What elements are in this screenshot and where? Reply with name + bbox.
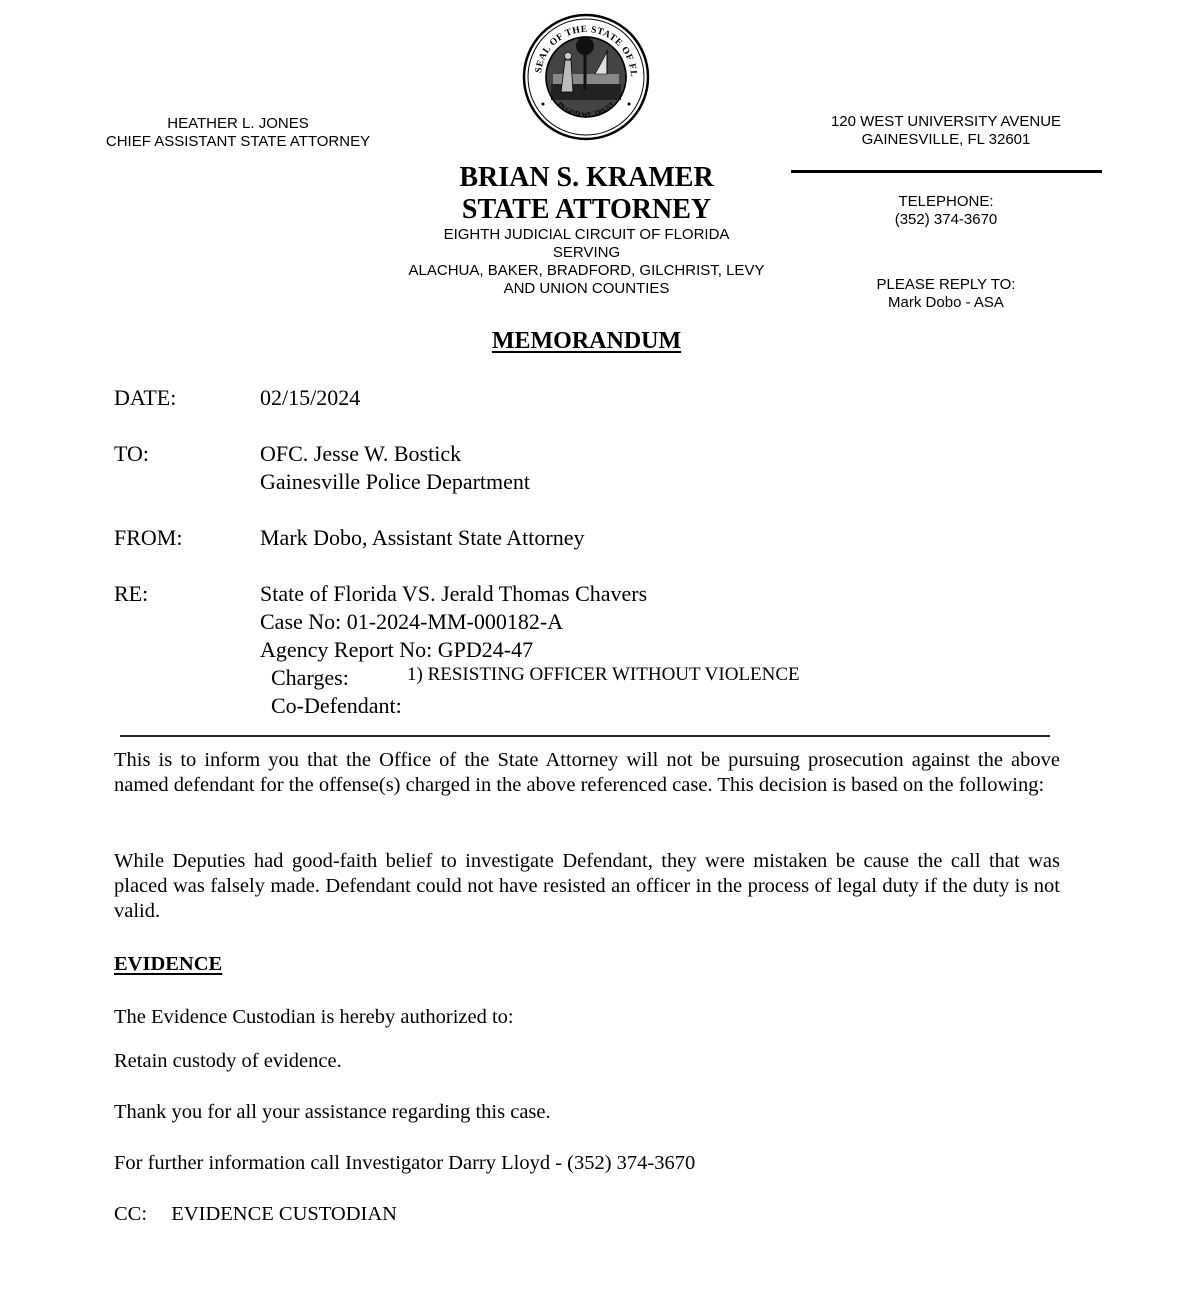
telephone-number: (352) 374-3670	[792, 211, 1100, 229]
disposition-paragraph: This is to inform you that the Office of…	[114, 748, 1060, 798]
evidence-action: Retain custody of evidence.	[114, 1049, 342, 1074]
case-number: Case No: 01-2024-MM-000182-A	[260, 608, 563, 636]
telephone-label: TELEPHONE:	[792, 193, 1100, 211]
circuit-name: EIGHTH JUDICIAL CIRCUIT OF FLORIDA	[380, 226, 793, 244]
from-label: FROM:	[114, 524, 182, 552]
counties-line-2: AND UNION COUNTIES	[380, 280, 793, 298]
counties-line-1: ALACHUA, BAKER, BRADFORD, GILCHRIST, LEV…	[380, 262, 793, 280]
reply-to-block: PLEASE REPLY TO: Mark Dobo - ASA	[792, 276, 1100, 312]
re-case-title: State of Florida VS. Jerald Thomas Chave…	[260, 580, 647, 608]
reply-to-label: PLEASE REPLY TO:	[792, 276, 1100, 294]
date-label: DATE:	[114, 384, 176, 412]
state-attorney-title: STATE ATTORNEY	[380, 194, 793, 226]
chief-assistant-name: HEATHER L. JONES	[80, 115, 396, 133]
cc-label: CC:	[114, 1203, 147, 1225]
charges-label: Charges:	[271, 664, 349, 692]
serving-label: SERVING	[380, 244, 793, 262]
reply-to-name: Mark Dobo - ASA	[792, 294, 1100, 312]
cc-line: CC: EVIDENCE CUSTODIAN	[114, 1202, 397, 1227]
agency-report-number: Agency Report No: GPD24-47	[260, 636, 533, 664]
to-recipient: OFC. Jesse W. Bostick	[260, 440, 461, 468]
address-line-2: GAINESVILLE, FL 32601	[792, 131, 1100, 149]
chief-assistant-block: HEATHER L. JONES CHIEF ASSISTANT STATE A…	[80, 115, 396, 151]
office-address: 120 WEST UNIVERSITY AVENUE GAINESVILLE, …	[792, 113, 1100, 149]
date-value: 02/15/2024	[260, 384, 360, 412]
chief-assistant-title: CHIEF ASSISTANT STATE ATTORNEY	[80, 133, 396, 151]
thanks-line: Thank you for all your assistance regard…	[114, 1100, 551, 1125]
memo-title: MEMORANDUM	[380, 328, 793, 355]
from-value: Mark Dobo, Assistant State Attorney	[260, 524, 584, 552]
evidence-heading: EVIDENCE	[114, 953, 222, 976]
further-info-line: For further information call Investigato…	[114, 1151, 695, 1176]
re-label: RE:	[114, 580, 148, 608]
address-line-1: 120 WEST UNIVERSITY AVENUE	[792, 113, 1100, 131]
to-department: Gainesville Police Department	[260, 468, 530, 496]
telephone-block: TELEPHONE: (352) 374-3670	[792, 193, 1100, 229]
codefendant-label: Co-Defendant:	[271, 692, 402, 720]
cc-recipient: EVIDENCE CUSTODIAN	[171, 1203, 397, 1225]
state-attorney-name: BRIAN S. KRAMER	[380, 162, 793, 194]
charges-value: 1) RESISTING OFFICER WITHOUT VIOLENCE	[407, 661, 800, 689]
reason-paragraph: While Deputies had good-faith belief to …	[114, 849, 1060, 924]
evidence-intro: The Evidence Custodian is hereby authori…	[114, 1005, 514, 1030]
florida-state-seal-icon: GREAT SEAL OF THE STATE OF FLORIDA IN GO…	[521, 12, 651, 142]
state-attorney-block: BRIAN S. KRAMER STATE ATTORNEY EIGHTH JU…	[380, 162, 793, 298]
to-label: TO:	[114, 440, 149, 468]
header-divider	[791, 170, 1102, 173]
section-divider	[120, 735, 1050, 737]
